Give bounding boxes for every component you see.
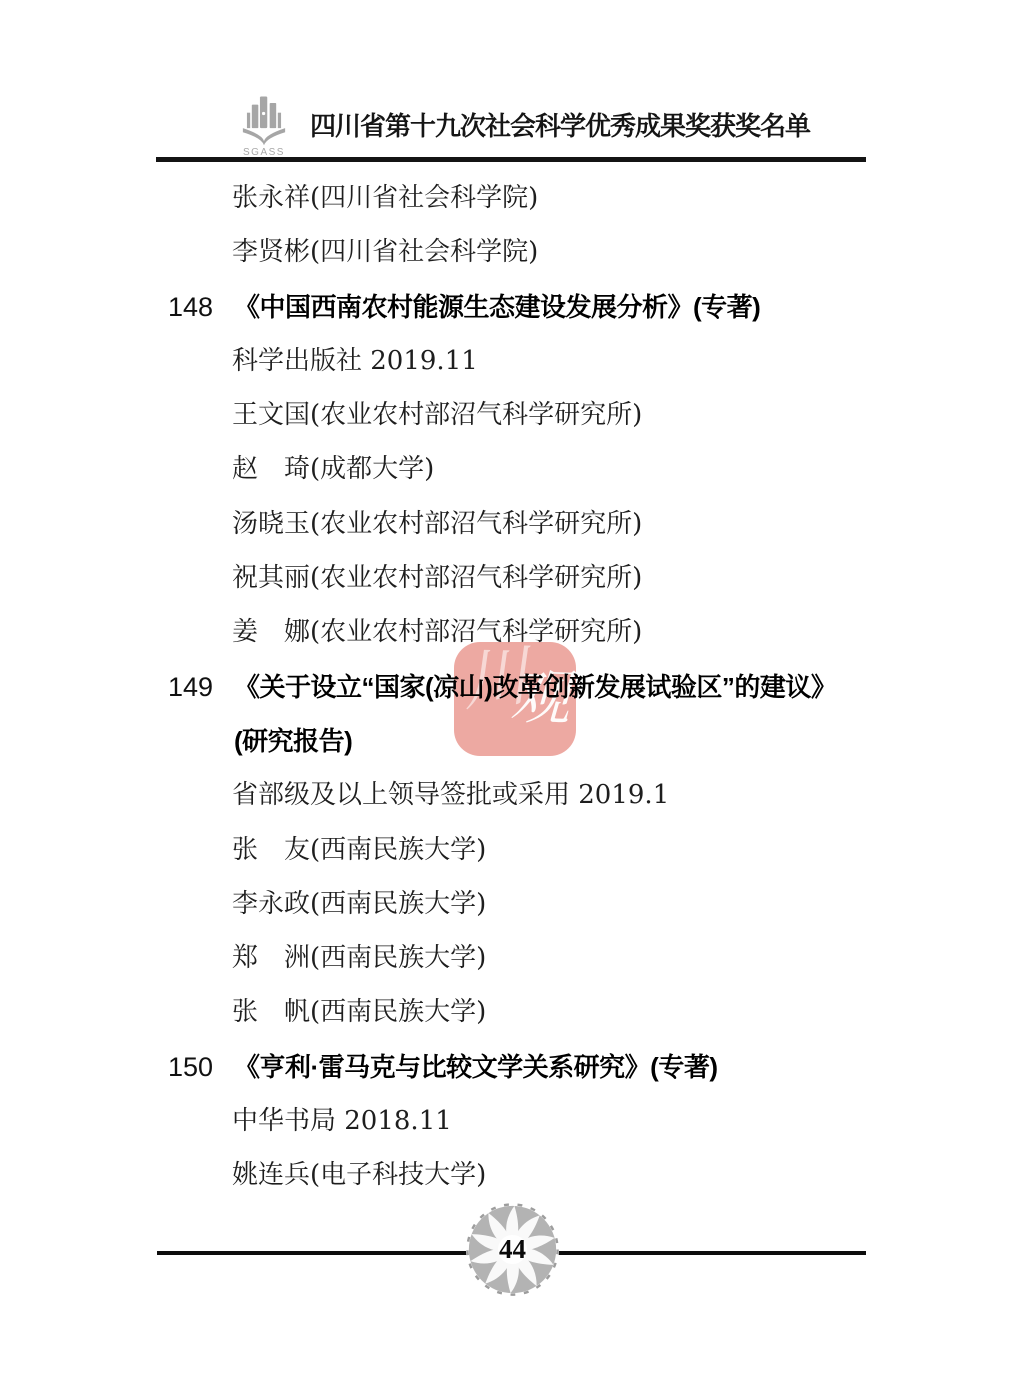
awardee-text: 祝其丽(农业农村部沼气科学研究所) [0,551,642,605]
awardee-text: 姚连兵(电子科技大学) [0,1148,486,1202]
document-page: SGASS 四川省第十九次社会科学优秀成果奖获奖名单 川 观 张永祥(四川省社会… [0,0,1024,1380]
awardee-text: 张 帆(西南民族大学) [0,985,486,1039]
awardee-line: 张 帆(西南民族大学) [0,985,1024,1039]
entry-title-line: 150 《亨利·雷马克与比较文学关系研究》(专著) [0,1040,1024,1094]
awardee-text: 姜 娜(农业农村部沼气科学研究所) [0,605,642,659]
entry-title-text: 《关于设立“国家(凉山)改革创新发展试验区”的建议》 [0,660,836,714]
logo-dot [262,112,265,115]
entry-number: 150 [168,1040,213,1094]
awardee-line: 张 友(西南民族大学) [0,823,1024,877]
entry-source-line: 省部级及以上领导签批或采用 2019.1 [0,768,1024,822]
awardee-text: 汤晓玉(农业农村部沼气科学研究所) [0,497,642,551]
header-rule [156,157,866,162]
entry-source-line: 科学出版社 2019.11 [0,334,1024,388]
awardee-line: 李永政(西南民族大学) [0,877,1024,931]
awardee-text: 郑 洲(西南民族大学) [0,931,486,985]
awardee-line: 祝其丽(农业农村部沼气科学研究所) [0,551,1024,605]
awardee-line: 汤晓玉(农业农村部沼气科学研究所) [0,497,1024,551]
entry-title-text: 《中国西南农村能源生态建设发展分析》(专著) [0,280,760,334]
awardee-text: 赵 琦(成都大学) [0,442,434,496]
page-number: 44 [464,1201,561,1298]
awardee-line: 郑 洲(西南民族大学) [0,931,1024,985]
entry-source-text: 省部级及以上领导签批或采用 2019.1 [0,768,669,822]
awardee-text: 张 友(西南民族大学) [0,823,486,877]
awardee-text: 李贤彬(四川省社会科学院) [0,225,538,279]
entry-number: 148 [168,280,213,334]
entry-number: 149 [168,660,213,714]
awardee-line: 姜 娜(农业农村部沼气科学研究所) [0,605,1024,659]
entry-title-line: 149 《关于设立“国家(凉山)改革创新发展试验区”的建议》 [0,660,1024,714]
awardee-line: 张永祥(四川省社会科学院) [0,171,1024,225]
awardee-text: 李永政(西南民族大学) [0,877,486,931]
entry-title-continuation: (研究报告) [0,714,1024,768]
awardee-line: 姚连兵(电子科技大学) [0,1148,1024,1202]
entry-source-text: 科学出版社 2019.11 [0,334,478,388]
entry-source-line: 中华书局 2018.11 [0,1094,1024,1148]
sgass-logo-icon [238,94,290,146]
entry-title-line: 148 《中国西南农村能源生态建设发展分析》(专著) [0,280,1024,334]
award-list: 张永祥(四川省社会科学院) 李贤彬(四川省社会科学院) 148 《中国西南农村能… [0,171,1024,1203]
sgass-logo: SGASS [237,94,291,158]
entry-title-text: 《亨利·雷马克与比较文学关系研究》(专著) [0,1040,717,1094]
entry-source-text: 中华书局 2018.11 [0,1094,452,1148]
awardee-line: 王文国(农业农村部沼气科学研究所) [0,388,1024,442]
entry-title-text: (研究报告) [0,714,352,768]
awardee-text: 王文国(农业农村部沼气科学研究所) [0,388,642,442]
awardee-line: 赵 琦(成都大学) [0,442,1024,496]
awardee-text: 张永祥(四川省社会科学院) [0,171,538,225]
awardee-line: 李贤彬(四川省社会科学院) [0,225,1024,279]
page-heading: 四川省第十九次社会科学优秀成果奖获奖名单 [310,104,810,148]
